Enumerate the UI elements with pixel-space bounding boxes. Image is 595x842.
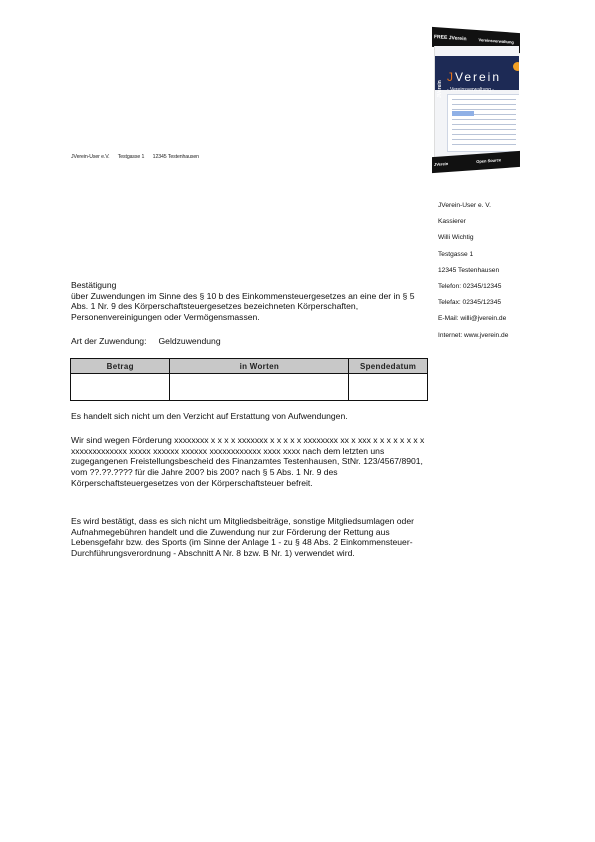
paragraph-exemption: Wir sind wegen Förderung xxxxxxxx x x x … [71, 435, 431, 489]
box-top-text: FREE JVerein [434, 34, 467, 42]
donation-table: Betrag in Worten Spendedatum [70, 358, 428, 401]
sender-street: Testgasse 1 [118, 154, 145, 160]
address-fax: Telefax: 02345/12345 [438, 295, 508, 311]
header-donation-date: Spendedatum [349, 359, 428, 374]
address-block: JVerein-User e. V. Kassierer Willi Wicht… [438, 198, 508, 344]
table-row [71, 374, 428, 401]
box-top-right-text: Vereinsverwaltung [479, 37, 514, 44]
address-person: Willi Wichtig [438, 230, 508, 246]
box-face: JVerein JVerein - Vereinsverwaltung - [434, 46, 519, 158]
app-screenshot-icon [447, 94, 519, 152]
cell-amount [71, 374, 170, 401]
address-role: Kassierer [438, 214, 508, 230]
confirmation-heading: Bestätigung über Zuwendungen im Sinne de… [71, 280, 431, 323]
box-bottom-right: Open Source [476, 157, 501, 164]
box-logo: JVerein [447, 70, 501, 84]
box-logo-band: JVerein JVerein - Vereinsverwaltung - [435, 56, 519, 90]
badge-icon [513, 62, 519, 71]
confirmation-text: über Zuwendungen im Sinne des § 10 b des… [71, 291, 431, 323]
paragraph-no-waiver: Es handelt sich nicht um den Verzicht au… [71, 411, 431, 422]
logo-initial: J [447, 70, 455, 84]
address-phone: Telefon: 02345/12345 [438, 279, 508, 295]
product-box-image: FREE JVereinVereinsverwaltung JVerein JV… [428, 30, 518, 172]
cell-donation-date [349, 374, 428, 401]
address-city: 12345 Testenhausen [438, 263, 508, 279]
cell-in-words [170, 374, 349, 401]
box-subtitle: - Vereinsverwaltung - [447, 87, 494, 93]
table-header-row: Betrag in Worten Spendedatum [71, 359, 428, 374]
box-side-title: JVerein [437, 70, 445, 98]
box-bottom-left: JVerein [434, 161, 448, 167]
address-web: Internet: www.jverein.de [438, 328, 508, 344]
address-email: E-Mail: willi@jverein.de [438, 311, 508, 327]
address-street: Testgasse 1 [438, 247, 508, 263]
address-org: JVerein-User e. V. [438, 198, 508, 214]
paragraph-confirmation: Es wird bestätigt, dass es sich nicht um… [71, 516, 431, 559]
sender-return-line: JVerein-User e.V. Testgasse 1 12345 Test… [71, 154, 206, 160]
sender-name: JVerein-User e.V. [71, 154, 109, 160]
header-in-words: in Worten [170, 359, 349, 374]
header-amount: Betrag [71, 359, 170, 374]
logo-rest: Verein [455, 70, 501, 84]
sender-city: 12345 Testenhausen [153, 154, 199, 160]
donation-type: Art der Zuwendung:Geldzuwendung [71, 336, 221, 346]
confirmation-title: Bestätigung [71, 280, 431, 291]
donation-type-value: Geldzuwendung [158, 336, 220, 346]
donation-type-label: Art der Zuwendung: [71, 336, 146, 346]
